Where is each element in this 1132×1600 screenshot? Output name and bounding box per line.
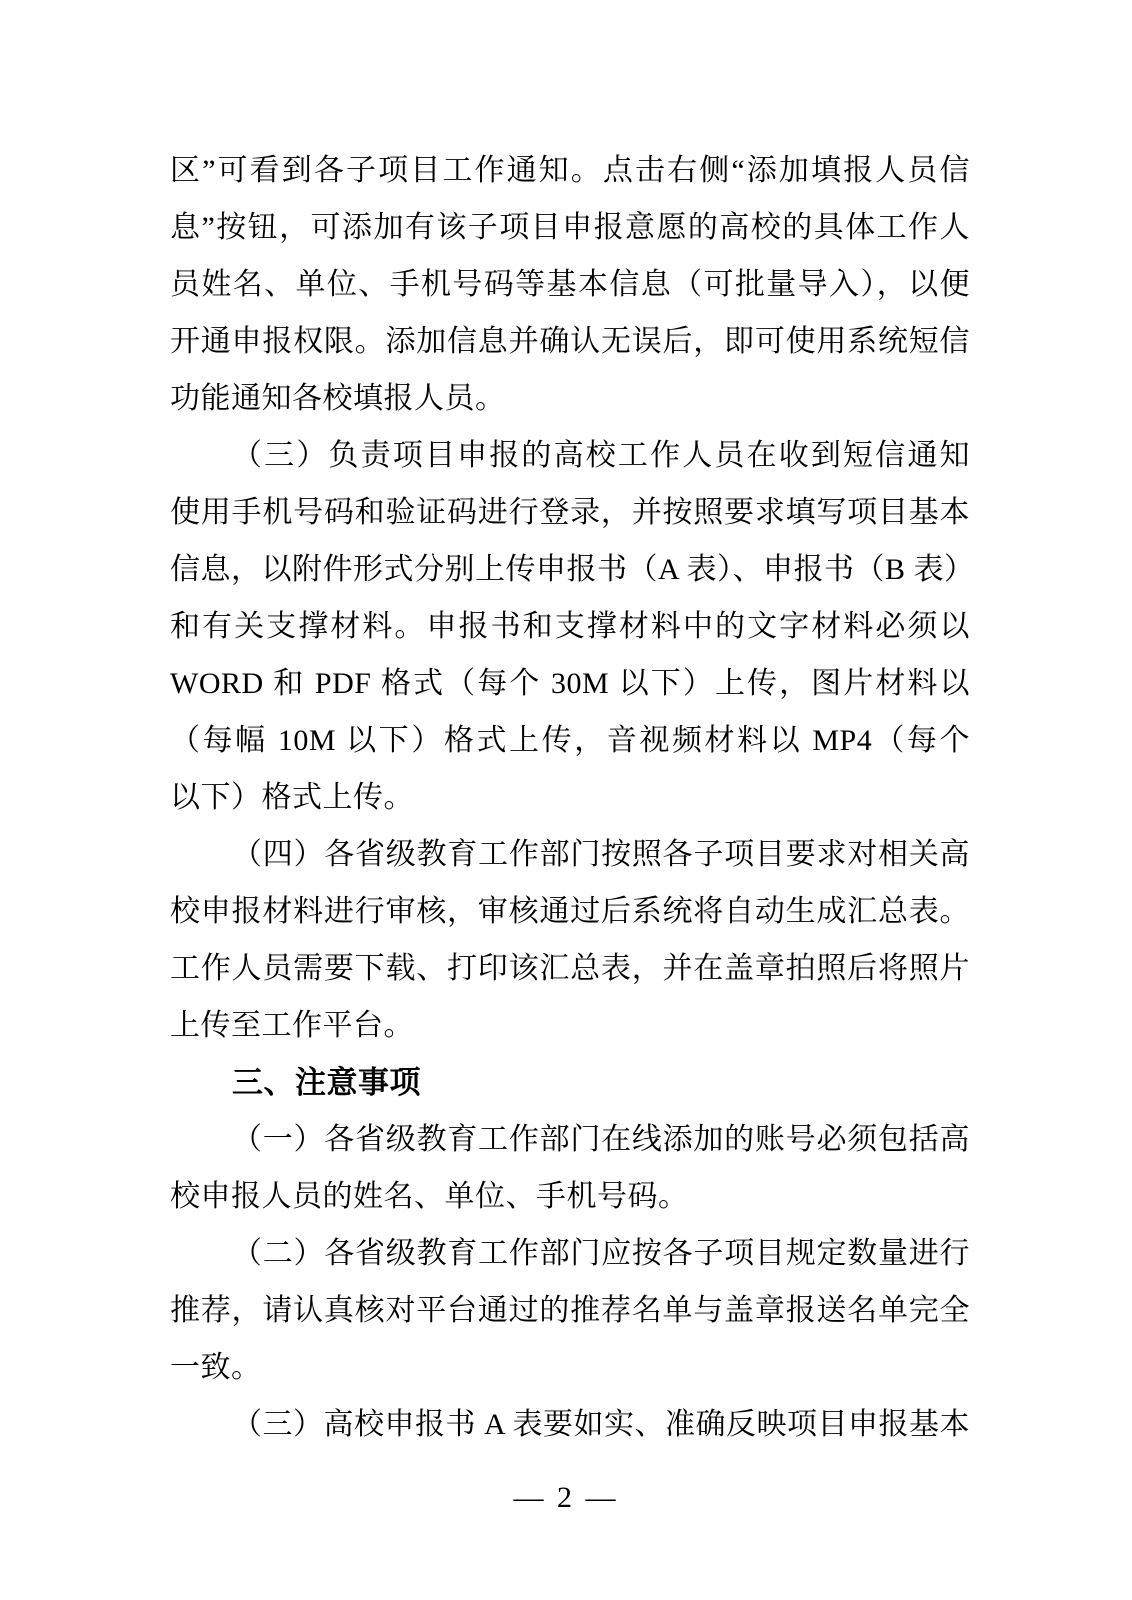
section-heading: 三、注意事项 <box>170 1054 970 1111</box>
paragraph: （四）各省级教育工作部门按照各子项目要求对相关高校申报材料进行审核，审核通过后系… <box>170 826 970 1054</box>
page-number: — 2 — <box>0 1478 1132 1518</box>
heading-line: 三、注意事项 <box>170 1054 970 1111</box>
text-line: （四）各省级教育工作部门按照各子项目要求对相关高 <box>170 826 970 883</box>
text-line: 工作人员需要下载、打印该汇总表，并在盖章拍照后将照片 <box>170 940 970 997</box>
paragraph: （三）高校申报书 A 表要如实、准确反映项目申报基本 <box>170 1396 970 1453</box>
paragraph: （一）各省级教育工作部门在线添加的账号必须包括高校申报人员的姓名、单位、手机号码… <box>170 1111 970 1225</box>
text-line: 校申报材料进行审核，审核通过后系统将自动生成汇总表。 <box>170 883 970 940</box>
text-area: 区”可看到各子项目工作通知。点击右侧“添加填报人员信息”按钮，可添加有该子项目申… <box>170 142 970 1453</box>
text-line: （每幅 10M 以下）格式上传，音视频材料以 MP4（每个 500M <box>170 712 970 769</box>
text-line: （三）负责项目申报的高校工作人员在收到短信通知后， <box>170 427 970 484</box>
text-line: 使用手机号码和验证码进行登录，并按照要求填写项目基本 <box>170 484 970 541</box>
text-line: 信息，以附件形式分别上传申报书（A 表）、申报书（B 表） <box>170 541 970 598</box>
text-line: （二）各省级教育工作部门应按各子项目规定数量进行 <box>170 1225 970 1282</box>
text-line: 区”可看到各子项目工作通知。点击右侧“添加填报人员信 <box>170 142 970 199</box>
text-line: 功能通知各校填报人员。 <box>170 370 970 427</box>
text-line: 校申报人员的姓名、单位、手机号码。 <box>170 1168 970 1225</box>
text-line: 推荐，请认真核对平台通过的推荐名单与盖章报送名单完全 <box>170 1282 970 1339</box>
text-line: 息”按钮，可添加有该子项目申报意愿的高校的具体工作人 <box>170 199 970 256</box>
text-line: 上传至工作平台。 <box>170 997 970 1054</box>
paragraph: （三）负责项目申报的高校工作人员在收到短信通知后，使用手机号码和验证码进行登录，… <box>170 427 970 826</box>
document-page: { "colors": { "background": "#ffffff", "… <box>0 0 1132 1600</box>
text-line: （一）各省级教育工作部门在线添加的账号必须包括高 <box>170 1111 970 1168</box>
paragraph: （二）各省级教育工作部门应按各子项目规定数量进行推荐，请认真核对平台通过的推荐名… <box>170 1225 970 1396</box>
text-line: 和有关支撑材料。申报书和支撑材料中的文字材料必须以 <box>170 598 970 655</box>
text-line: 开通申报权限。添加信息并确认无误后，即可使用系统短信 <box>170 313 970 370</box>
text-line: 员姓名、单位、手机号码等基本信息（可批量导入），以便 <box>170 256 970 313</box>
text-line: WORD 和 PDF 格式（每个 30M 以下）上传，图片材料以 JPG <box>170 655 970 712</box>
paragraph: 区”可看到各子项目工作通知。点击右侧“添加填报人员信息”按钮，可添加有该子项目申… <box>170 142 970 427</box>
text-line: （三）高校申报书 A 表要如实、准确反映项目申报基本 <box>170 1396 970 1453</box>
text-line: 一致。 <box>170 1339 970 1396</box>
text-line: 以下）格式上传。 <box>170 769 970 826</box>
